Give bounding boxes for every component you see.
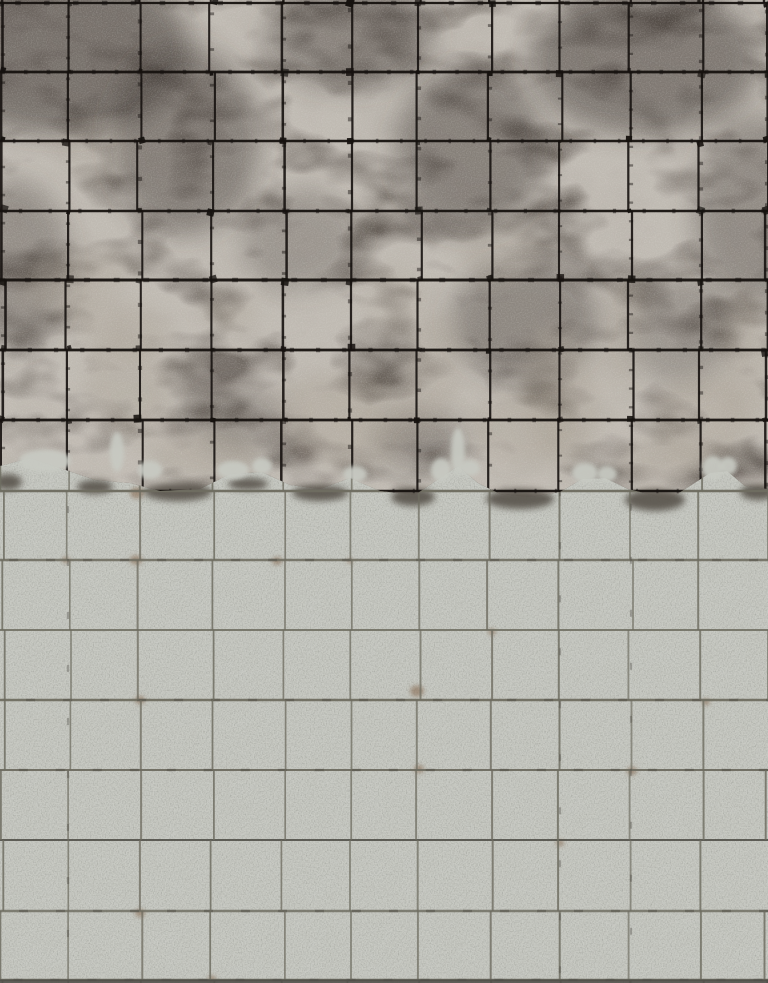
bottom-edge-shadow <box>0 980 768 983</box>
tiled-wall-photo <box>0 0 768 983</box>
photo-canvas <box>0 0 768 983</box>
